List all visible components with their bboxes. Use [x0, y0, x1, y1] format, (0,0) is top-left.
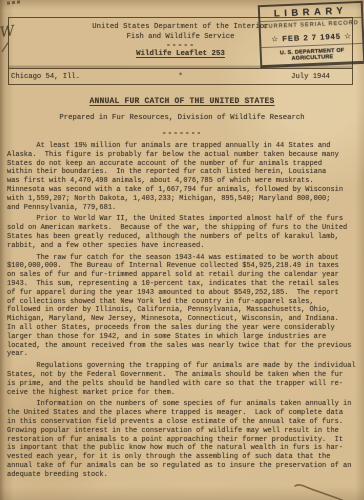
document-body: At least 19½ million fur animals are tra…: [7, 142, 357, 482]
pencil-scribble-mark: [7, 0, 21, 4]
dateline-band: Chicago 54, Ill. * July 1944: [8, 68, 353, 85]
paragraph-1: At least 19½ million fur animals are tra…: [7, 142, 357, 212]
paragraph-4: Regulations governing the trapping of fu…: [7, 362, 357, 397]
paragraph-5: Information on the numbers of some speci…: [7, 400, 357, 479]
paragraph-2: Prior to World War II, the United States…: [7, 215, 357, 250]
pencil-stroke-mark: [292, 482, 344, 500]
library-stamp: LIBRARY CURRENT SERIAL RECORD ☆ FEB 2 7 …: [258, 1, 364, 68]
document-subtitle: Prepared in Fur Resources, Division of W…: [0, 114, 364, 122]
stamp-usda-text: U. S. DEPARTMENT OF AGRICULTURE: [262, 44, 364, 63]
subtitle-separator: -------: [0, 129, 364, 138]
document-page: W / United States Department of the Inte…: [0, 0, 364, 500]
dateline-date: July 1944: [291, 73, 330, 81]
document-title: ANNUAL FUR CATCH OF THE UNITED STATES: [0, 97, 364, 106]
margin-handwritten-slash: /: [2, 40, 7, 54]
paragraph-3: The raw fur catch for the season 1943-44…: [7, 254, 357, 360]
